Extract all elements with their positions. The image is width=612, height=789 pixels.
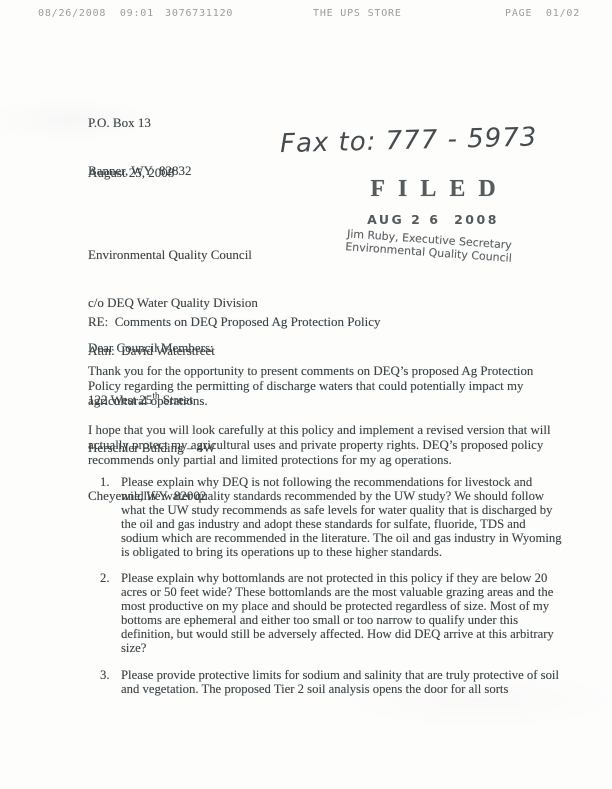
recipient-line1: Environmental Quality Council: [88, 247, 258, 263]
fax-station-name: THE UPS STORE: [313, 8, 402, 19]
filed-stamp: FILED AUG 2 6 2008 Jim Ruby, Executive S…: [328, 176, 538, 259]
list-item-number: 3.: [100, 669, 121, 697]
paragraph-2: I hope that you will look carefully at t…: [88, 423, 562, 469]
sender-address: P.O. Box 13 Banner, WY 82832: [88, 83, 191, 211]
scanned-fax-letter-page: 08/26/2008 09:01 3076731120 THE UPS STOR…: [0, 0, 612, 789]
salutation: Dear Council Members:: [88, 340, 214, 356]
numbered-comments-list: 1. Please explain why DEQ is not followi…: [100, 476, 562, 710]
recipient-line2: c/o DEQ Water Quality Division: [88, 295, 258, 311]
list-item-text: Please explain why bottomlands are not p…: [121, 572, 562, 655]
paragraph-1: Thank you for the opportunity to present…: [88, 364, 562, 410]
list-item: 2. Please explain why bottomlands are no…: [100, 572, 562, 655]
fax-page-indicator: PAGE 01/02: [505, 8, 580, 19]
filed-stamp-title: FILED: [328, 176, 538, 203]
fax-origin-number: 3076731120: [165, 8, 233, 19]
letter-body: Thank you for the opportunity to present…: [88, 364, 562, 481]
list-item-text: Please provide protective limits for sod…: [121, 669, 562, 697]
handwritten-fax-note: Fax to: 777 - 5973: [280, 123, 521, 159]
fax-transmission-header: 08/26/2008 09:01 3076731120 THE UPS STOR…: [0, 8, 612, 24]
filed-stamp-signature: Jim Ruby, Executive Secretary Environmen…: [319, 225, 538, 266]
filed-stamp-date: AUG 2 6 2008: [328, 212, 538, 227]
subject-line: RE: Comments on DEQ Proposed Ag Protecti…: [88, 314, 568, 330]
letter-date: August 25, 2008: [88, 165, 174, 181]
list-item: 1. Please explain why DEQ is not followi…: [100, 476, 562, 559]
list-item: 3. Please provide protective limits for …: [100, 669, 562, 697]
list-item-number: 2.: [100, 572, 121, 655]
fax-datetime: 08/26/2008 09:01: [38, 8, 154, 19]
sender-address-line1: P.O. Box 13: [88, 115, 191, 131]
list-item-text: Please explain why DEQ is not following …: [121, 476, 562, 559]
list-item-number: 1.: [100, 476, 121, 559]
